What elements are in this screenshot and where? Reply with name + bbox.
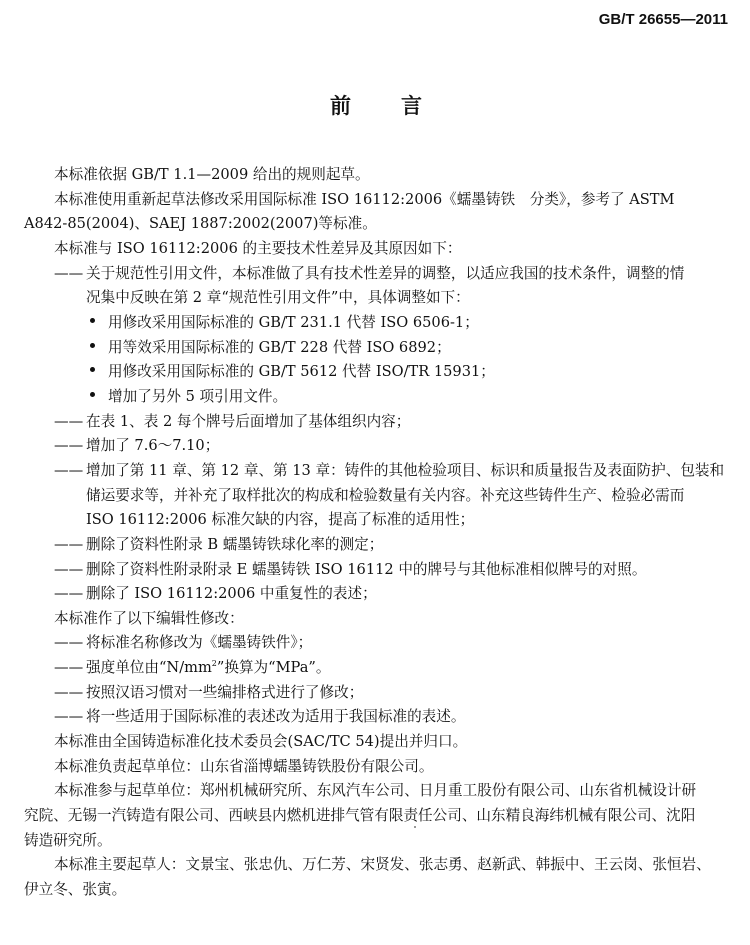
dash-item-continuation: 储运要求等，并补充了取样批次的构成和检验数量有关内容。补充这些铸件生产、检验必需… bbox=[24, 484, 732, 509]
paragraph-drafters-line-2: 伊立冬、张寅。 bbox=[24, 878, 732, 903]
paragraph-adoption-line-1: 本标准使用重新起草法修改采用国际标准 ISO 16112:2006《蠕墨铸铁 分… bbox=[24, 188, 732, 213]
dash-item-text: 删除了 ISO 16112:2006 中重复性的表述； bbox=[86, 585, 377, 602]
dash-item-references: ——关于规范性引用文件，本标准做了具有技术性差异的调整，以适应我国的技术条件，调… bbox=[24, 262, 732, 287]
dash-item: ——删除了资料性附录 B 蠕墨铸铁球化率的测定； bbox=[24, 533, 732, 558]
dash-mark: —— bbox=[54, 533, 86, 558]
dash-mark: —— bbox=[54, 262, 86, 287]
dash-item-text: 删除了资料性附录 B 蠕墨铸铁球化率的测定； bbox=[86, 536, 383, 553]
dash-mark: —— bbox=[54, 582, 86, 607]
dash-item: ——删除了资料性附录附录 E 蠕墨铸铁 ISO 16112 中的牌号与其他标准相… bbox=[24, 558, 732, 583]
dash-item-text: 关于规范性引用文件，本标准做了具有技术性差异的调整，以适应我国的技术条件，调整的… bbox=[86, 265, 684, 282]
paragraph-drafting-rule: 本标准依据 GB/T 1.1—2009 给出的规则起草。 bbox=[24, 163, 732, 188]
dash-mark: —— bbox=[54, 410, 86, 435]
dash-item-chapters: ——增加了第 11 章、第 12 章、第 13 章：铸件的其他检验项目、标识和质… bbox=[24, 459, 732, 484]
bullet-text: 增加了另外 5 项引用文件。 bbox=[108, 388, 287, 405]
page-title: 前言 bbox=[0, 90, 750, 120]
scan-speck bbox=[414, 826, 416, 828]
dash-item: ——增加了 7.6～7.10； bbox=[24, 434, 732, 459]
dash-item: ——删除了 ISO 16112:2006 中重复性的表述； bbox=[24, 582, 732, 607]
dash-mark: —— bbox=[54, 631, 86, 656]
foreword-body: 本标准依据 GB/T 1.1—2009 给出的规则起草。 本标准使用重新起草法修… bbox=[24, 163, 732, 903]
unit-text-pre: 强度单位由“N/mm bbox=[86, 659, 212, 676]
dash-mark: —— bbox=[54, 681, 86, 706]
dash-item-text: 在表 1、表 2 每个牌号后面增加了基体组织内容； bbox=[86, 413, 410, 430]
dash-item-unit: ——强度单位由“N/mm2”换算为“MPa”。 bbox=[24, 656, 732, 681]
dash-item: ——按照汉语习惯对一些编排格式进行了修改； bbox=[24, 681, 732, 706]
paragraph-differences-intro: 本标准与 ISO 16112:2006 的主要技术性差异及其原因如下： bbox=[24, 237, 732, 262]
paragraph-participants-line-3: 铸造研究所。 bbox=[24, 829, 732, 854]
paragraph-participants-line-1: 本标准参与起草单位：郑州机械研究所、东风汽车公司、日月重工股份有限公司、山东省机… bbox=[24, 779, 732, 804]
paragraph-participants-line-2: 究院、无锡一汽铸造有限公司、西峡县内燃机进排气管有限责任公司、山东精良海纬机械有… bbox=[24, 804, 732, 829]
dash-mark: —— bbox=[54, 459, 86, 484]
dash-item-continuation: 况集中反映在第 2 章“规范性引用文件”中，具体调整如下： bbox=[24, 286, 732, 311]
dash-item: ——将标准名称修改为《蠕墨铸铁件》； bbox=[24, 631, 732, 656]
bullet-item: 增加了另外 5 项引用文件。 bbox=[24, 385, 732, 410]
dash-item: ——将一些适用于国际标准的表述改为适用于我国标准的表述。 bbox=[24, 705, 732, 730]
dash-mark: —— bbox=[54, 656, 86, 681]
bullet-text: 用修改采用国际标准的 GB/T 231.1 代替 ISO 6506-1； bbox=[108, 314, 479, 331]
title-char-2: 言 bbox=[401, 90, 422, 120]
dash-item-text: 将标准名称修改为《蠕墨铸铁件》； bbox=[86, 634, 312, 651]
title-char-1: 前 bbox=[330, 90, 351, 120]
dash-item-text: 按照汉语习惯对一些编排格式进行了修改； bbox=[86, 684, 363, 701]
dash-item-text: 增加了第 11 章、第 12 章、第 13 章：铸件的其他检验项目、标识和质量报… bbox=[86, 462, 724, 479]
unit-text-post: ”换算为“MPa”。 bbox=[217, 659, 331, 676]
standard-code: GB/T 26655—2011 bbox=[599, 11, 728, 28]
paragraph-editorial-intro: 本标准作了以下编辑性修改： bbox=[24, 607, 732, 632]
paragraph-adoption-line-2: A842-85(2004)、SAEJ 1887:2002(2007)等标准。 bbox=[24, 212, 732, 237]
dash-mark: —— bbox=[54, 434, 86, 459]
dash-item-text: 删除了资料性附录附录 E 蠕墨铸铁 ISO 16112 中的牌号与其他标准相似牌… bbox=[86, 561, 646, 578]
dash-mark: —— bbox=[54, 705, 86, 730]
paragraph-lead-drafter: 本标准负责起草单位：山东省淄博蠕墨铸铁股份有限公司。 bbox=[24, 755, 732, 780]
paragraph-proposed-by: 本标准由全国铸造标准化技术委员会(SAC/TC 54)提出并归口。 bbox=[24, 730, 732, 755]
paragraph-drafters-line-1: 本标准主要起草人：文景宝、张忠仇、万仁芳、宋贤发、张志勇、赵新武、韩振中、王云岗… bbox=[24, 853, 732, 878]
dash-mark: —— bbox=[54, 558, 86, 583]
bullet-text: 用等效采用国际标准的 GB/T 228 代替 ISO 6892； bbox=[108, 339, 451, 356]
bullet-item: 用修改采用国际标准的 GB/T 231.1 代替 ISO 6506-1； bbox=[24, 311, 732, 336]
bullet-text: 用修改采用国际标准的 GB/T 5612 代替 ISO/TR 15931； bbox=[108, 363, 495, 380]
bullet-item: 用修改采用国际标准的 GB/T 5612 代替 ISO/TR 15931； bbox=[24, 360, 732, 385]
dash-item-text: 增加了 7.6～7.10； bbox=[86, 437, 219, 454]
dash-item-continuation: ISO 16112:2006 标准欠缺的内容，提高了标准的适用性； bbox=[24, 508, 732, 533]
bullet-item: 用等效采用国际标准的 GB/T 228 代替 ISO 6892； bbox=[24, 336, 732, 361]
dash-item-text: 将一些适用于国际标准的表述改为适用于我国标准的表述。 bbox=[86, 708, 465, 725]
dash-item: ——在表 1、表 2 每个牌号后面增加了基体组织内容； bbox=[24, 410, 732, 435]
